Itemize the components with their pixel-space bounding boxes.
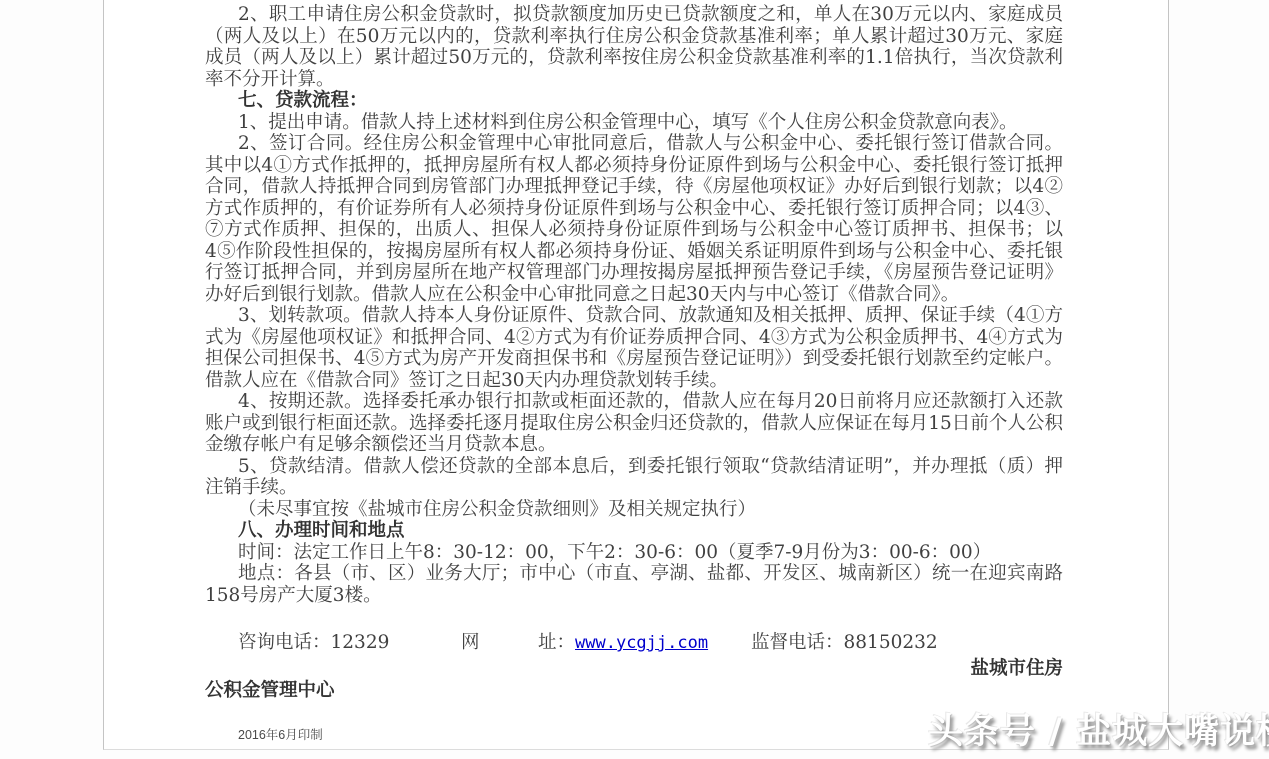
paragraph: 5、贷款结清。借款人偿还贷款的全部本息后，到委托银行领取“贷款结清证明”，并办理… — [205, 456, 1063, 499]
section-heading: 七、贷款流程： — [205, 90, 1063, 112]
consult-phone: 咨询电话：12329 — [238, 632, 389, 654]
screenshot-canvas: 2、职工申请住房公积金贷款时，拟贷款额度加历史已贷款额度之和，单人在30万元以内… — [0, 0, 1269, 759]
supervision-phone-number: 88150232 — [844, 632, 938, 653]
paragraph: 2、签订合同。经住房公积金管理中心审批同意后，借款人与公积金中心、委托银行签订借… — [205, 133, 1063, 305]
consult-phone-label: 咨询电话： — [238, 632, 331, 653]
section-heading: 八、办理时间和地点 — [205, 520, 1063, 542]
website-label-right: 址： — [538, 632, 575, 653]
website-group: 址：www.ycgjj.com — [538, 632, 708, 655]
paragraph: 4、按期还款。选择委托承办银行扣款或柜面还款的，借款人应在每月20日前将月应还款… — [205, 391, 1063, 456]
website-link[interactable]: www.ycgjj.com — [575, 633, 708, 653]
contact-row: 咨询电话：12329 网 址：www.ycgjj.com 监督电话：881502… — [205, 632, 1063, 654]
paragraph: 时间：法定工作日上午8：30-12：00，下午2：30-6：00（夏季7-9月份… — [205, 542, 1063, 564]
signature-line-2: 公积金管理中心 — [205, 680, 1063, 702]
signature-line-1: 盐城市住房 — [205, 658, 1063, 680]
watermark: 头条号 / 盐城大嘴说楼市 — [928, 704, 1269, 754]
supervision-phone-label: 监督电话： — [751, 632, 844, 653]
paragraph: 地点：各县（市、区）业务大厅；市中心（市直、亭湖、盐都、开发区、城南新区）统一在… — [205, 563, 1063, 606]
paragraph: 1、提出申请。借款人持上述材料到住房公积金管理中心，填写《个人住房公积金贷款意向… — [205, 112, 1063, 134]
consult-phone-number: 12329 — [331, 632, 390, 653]
website-label-left: 网 — [461, 632, 480, 654]
supervision-phone: 监督电话：88150232 — [751, 632, 938, 654]
paragraph: 2、职工申请住房公积金贷款时，拟贷款额度加历史已贷款额度之和，单人在30万元以内… — [205, 4, 1063, 90]
document-page: 2、职工申请住房公积金贷款时，拟贷款额度加历史已贷款额度之和，单人在30万元以内… — [103, 0, 1169, 750]
paragraph: （未尽事宜按《盐城市住房公积金贷款细则》及相关规定执行） — [205, 499, 1063, 521]
paragraph: 3、划转款项。借款人持本人身份证原件、贷款合同、放款通知及相关抵押、质押、保证手… — [205, 305, 1063, 391]
document-body: 2、职工申请住房公积金贷款时，拟贷款额度加历史已贷款额度之和，单人在30万元以内… — [205, 4, 1063, 606]
